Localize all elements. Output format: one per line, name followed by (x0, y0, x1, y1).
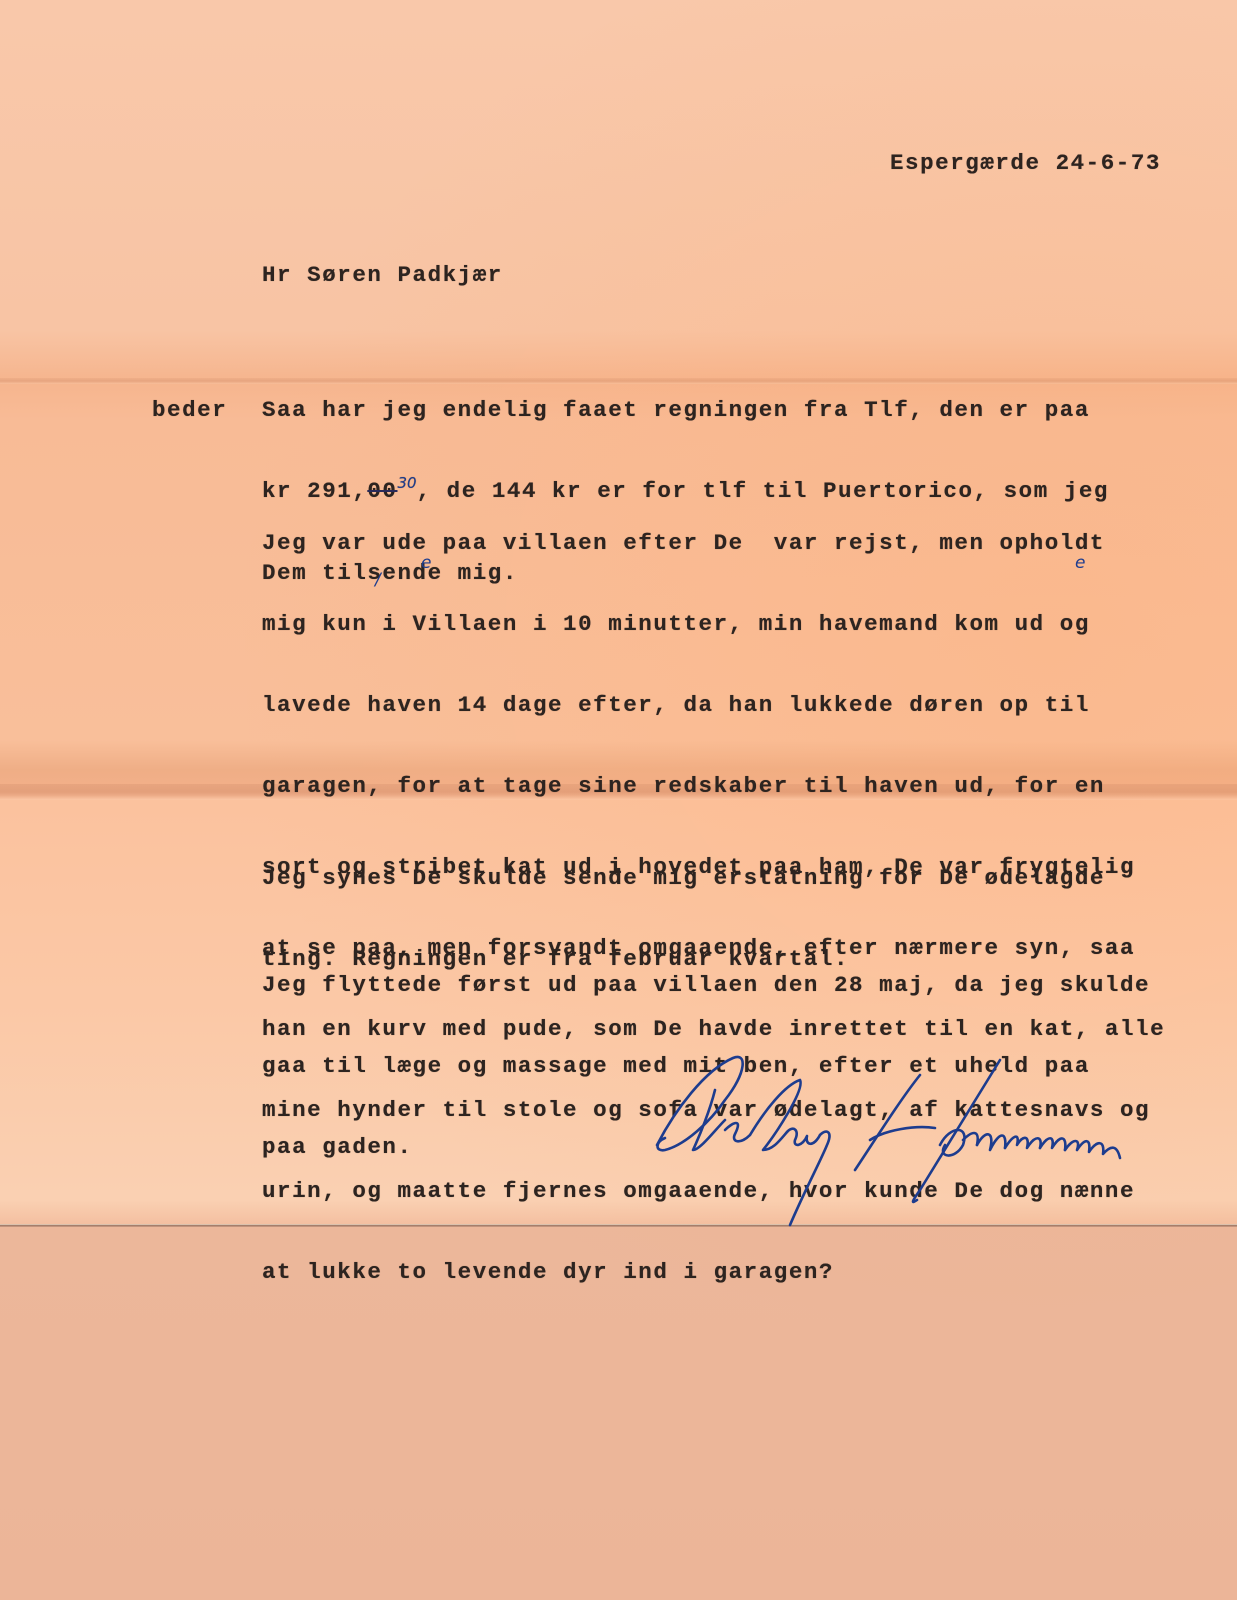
place-and-date: Espergærde 24-6-73 (890, 150, 1161, 177)
text-line: garagen, for at tage sine redskaber til … (262, 773, 1165, 800)
salutation: Hr Søren Padkjær (262, 262, 503, 289)
ink-comma-mark: / (375, 570, 381, 590)
text-line: Jeg synes De skulde sende mig erstatning… (262, 865, 1105, 892)
text-line: Jeg flyttede først ud paa villaen den 28… (262, 972, 1150, 999)
handwritten-signature: Aslaug Hornemann (655, 1050, 1135, 1235)
text-line: mig kun i Villaen i 10 minutter, min hav… (262, 611, 1165, 638)
ink-correction: e (1075, 553, 1085, 573)
ink-correction: e (421, 553, 431, 573)
signature-strokes: Aslaug Hornemann (655, 1050, 1135, 1235)
text-line: Saa har jeg endelig faaet regningen fra … (262, 397, 1109, 424)
text-line: lavede haven 14 dage efter, da han lukke… (262, 692, 1165, 719)
text-line: at lukke to levende dyr ind i garagen? (262, 1259, 1165, 1286)
margin-note: beder (152, 397, 227, 424)
text-line: Jeg var ude paa villaen efter De var rej… (262, 530, 1165, 557)
